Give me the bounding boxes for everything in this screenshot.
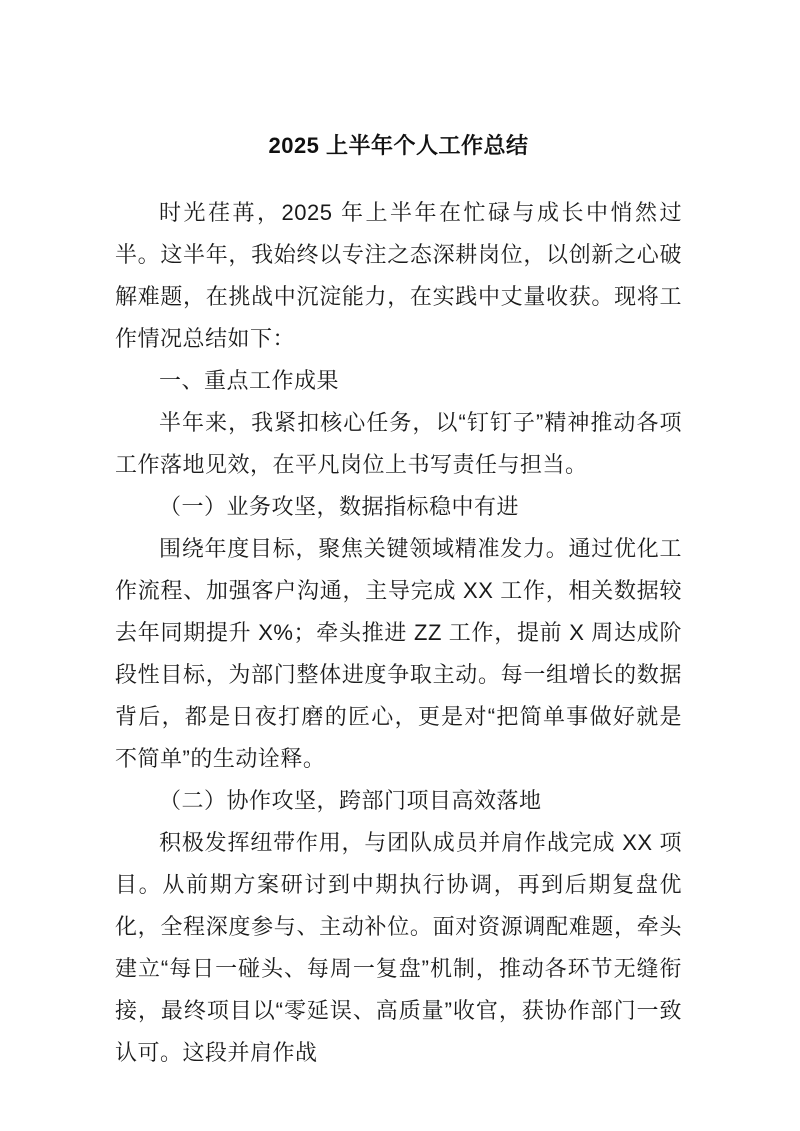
- paragraph-business-detail: 围绕年度目标，聚焦关键领域精准发力。通过优化工作流程、加强客户沟通，主导完成 X…: [115, 528, 682, 780]
- section-heading-key-achievements: 一、重点工作成果: [115, 360, 682, 402]
- paragraph-collaboration-detail: 积极发挥纽带作用，与团队成员并肩作战完成 XX 项目。从前期方案研讨到中期执行协…: [115, 822, 682, 1074]
- subsection-heading-collaboration: （二）协作攻坚，跨部门项目高效落地: [115, 780, 682, 822]
- subsection-heading-business: （一）业务攻坚，数据指标稳中有进: [115, 486, 682, 528]
- paragraph-intro: 时光荏苒，2025 年上半年在忙碌与成长中悄然过半。这半年，我始终以专注之态深耕…: [115, 192, 682, 360]
- paragraph-key-achievements-overview: 半年来，我紧扣核心任务，以“钉钉子”精神推动各项工作落地见效，在平凡岗位上书写责…: [115, 402, 682, 486]
- document-title: 2025 上半年个人工作总结: [115, 130, 682, 162]
- document-page: 2025 上半年个人工作总结 时光荏苒，2025 年上半年在忙碌与成长中悄然过半…: [0, 0, 800, 1131]
